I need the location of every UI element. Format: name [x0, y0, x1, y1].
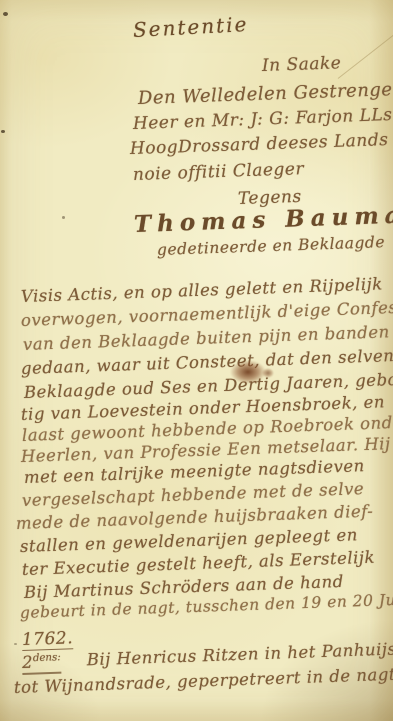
paper-speck — [62, 216, 65, 219]
item-2-marker: 2dens: — [22, 651, 62, 674]
body-last-line: tot Wijnandsrade, geperpetreert in de na… — [14, 667, 393, 697]
plaintiff-line-1: Den Welledelen Gestrengen — [138, 81, 393, 108]
plaintiff-line-3: HoogDrossard deeses Lands — [130, 132, 389, 158]
paper-speck — [1, 130, 5, 133]
manuscript-page: Sententie In Saake Den Welledelen Gestre… — [0, 0, 393, 721]
plaintiff-line-2: Heer en Mr: J: G: Farjon LLs — [133, 107, 393, 133]
paper-speck — [3, 12, 8, 16]
item-2-text: Bij Henricus Ritzen in het Panhuijs — [86, 639, 393, 669]
document-title: Sententie — [132, 14, 248, 40]
plaintiff-line-4: noie offitii Claeger — [133, 161, 305, 184]
year-line: 1762. — [22, 630, 74, 651]
case-label: In Saake — [262, 55, 342, 75]
ink-blot-small — [262, 368, 274, 378]
paper-speck — [14, 643, 17, 645]
ink-blot — [230, 360, 266, 384]
paper-crease — [338, 30, 393, 79]
defendant-status: gedetineerde en Beklaagde — [157, 235, 386, 258]
defendant-name: Thomas Baumans — [134, 202, 393, 236]
